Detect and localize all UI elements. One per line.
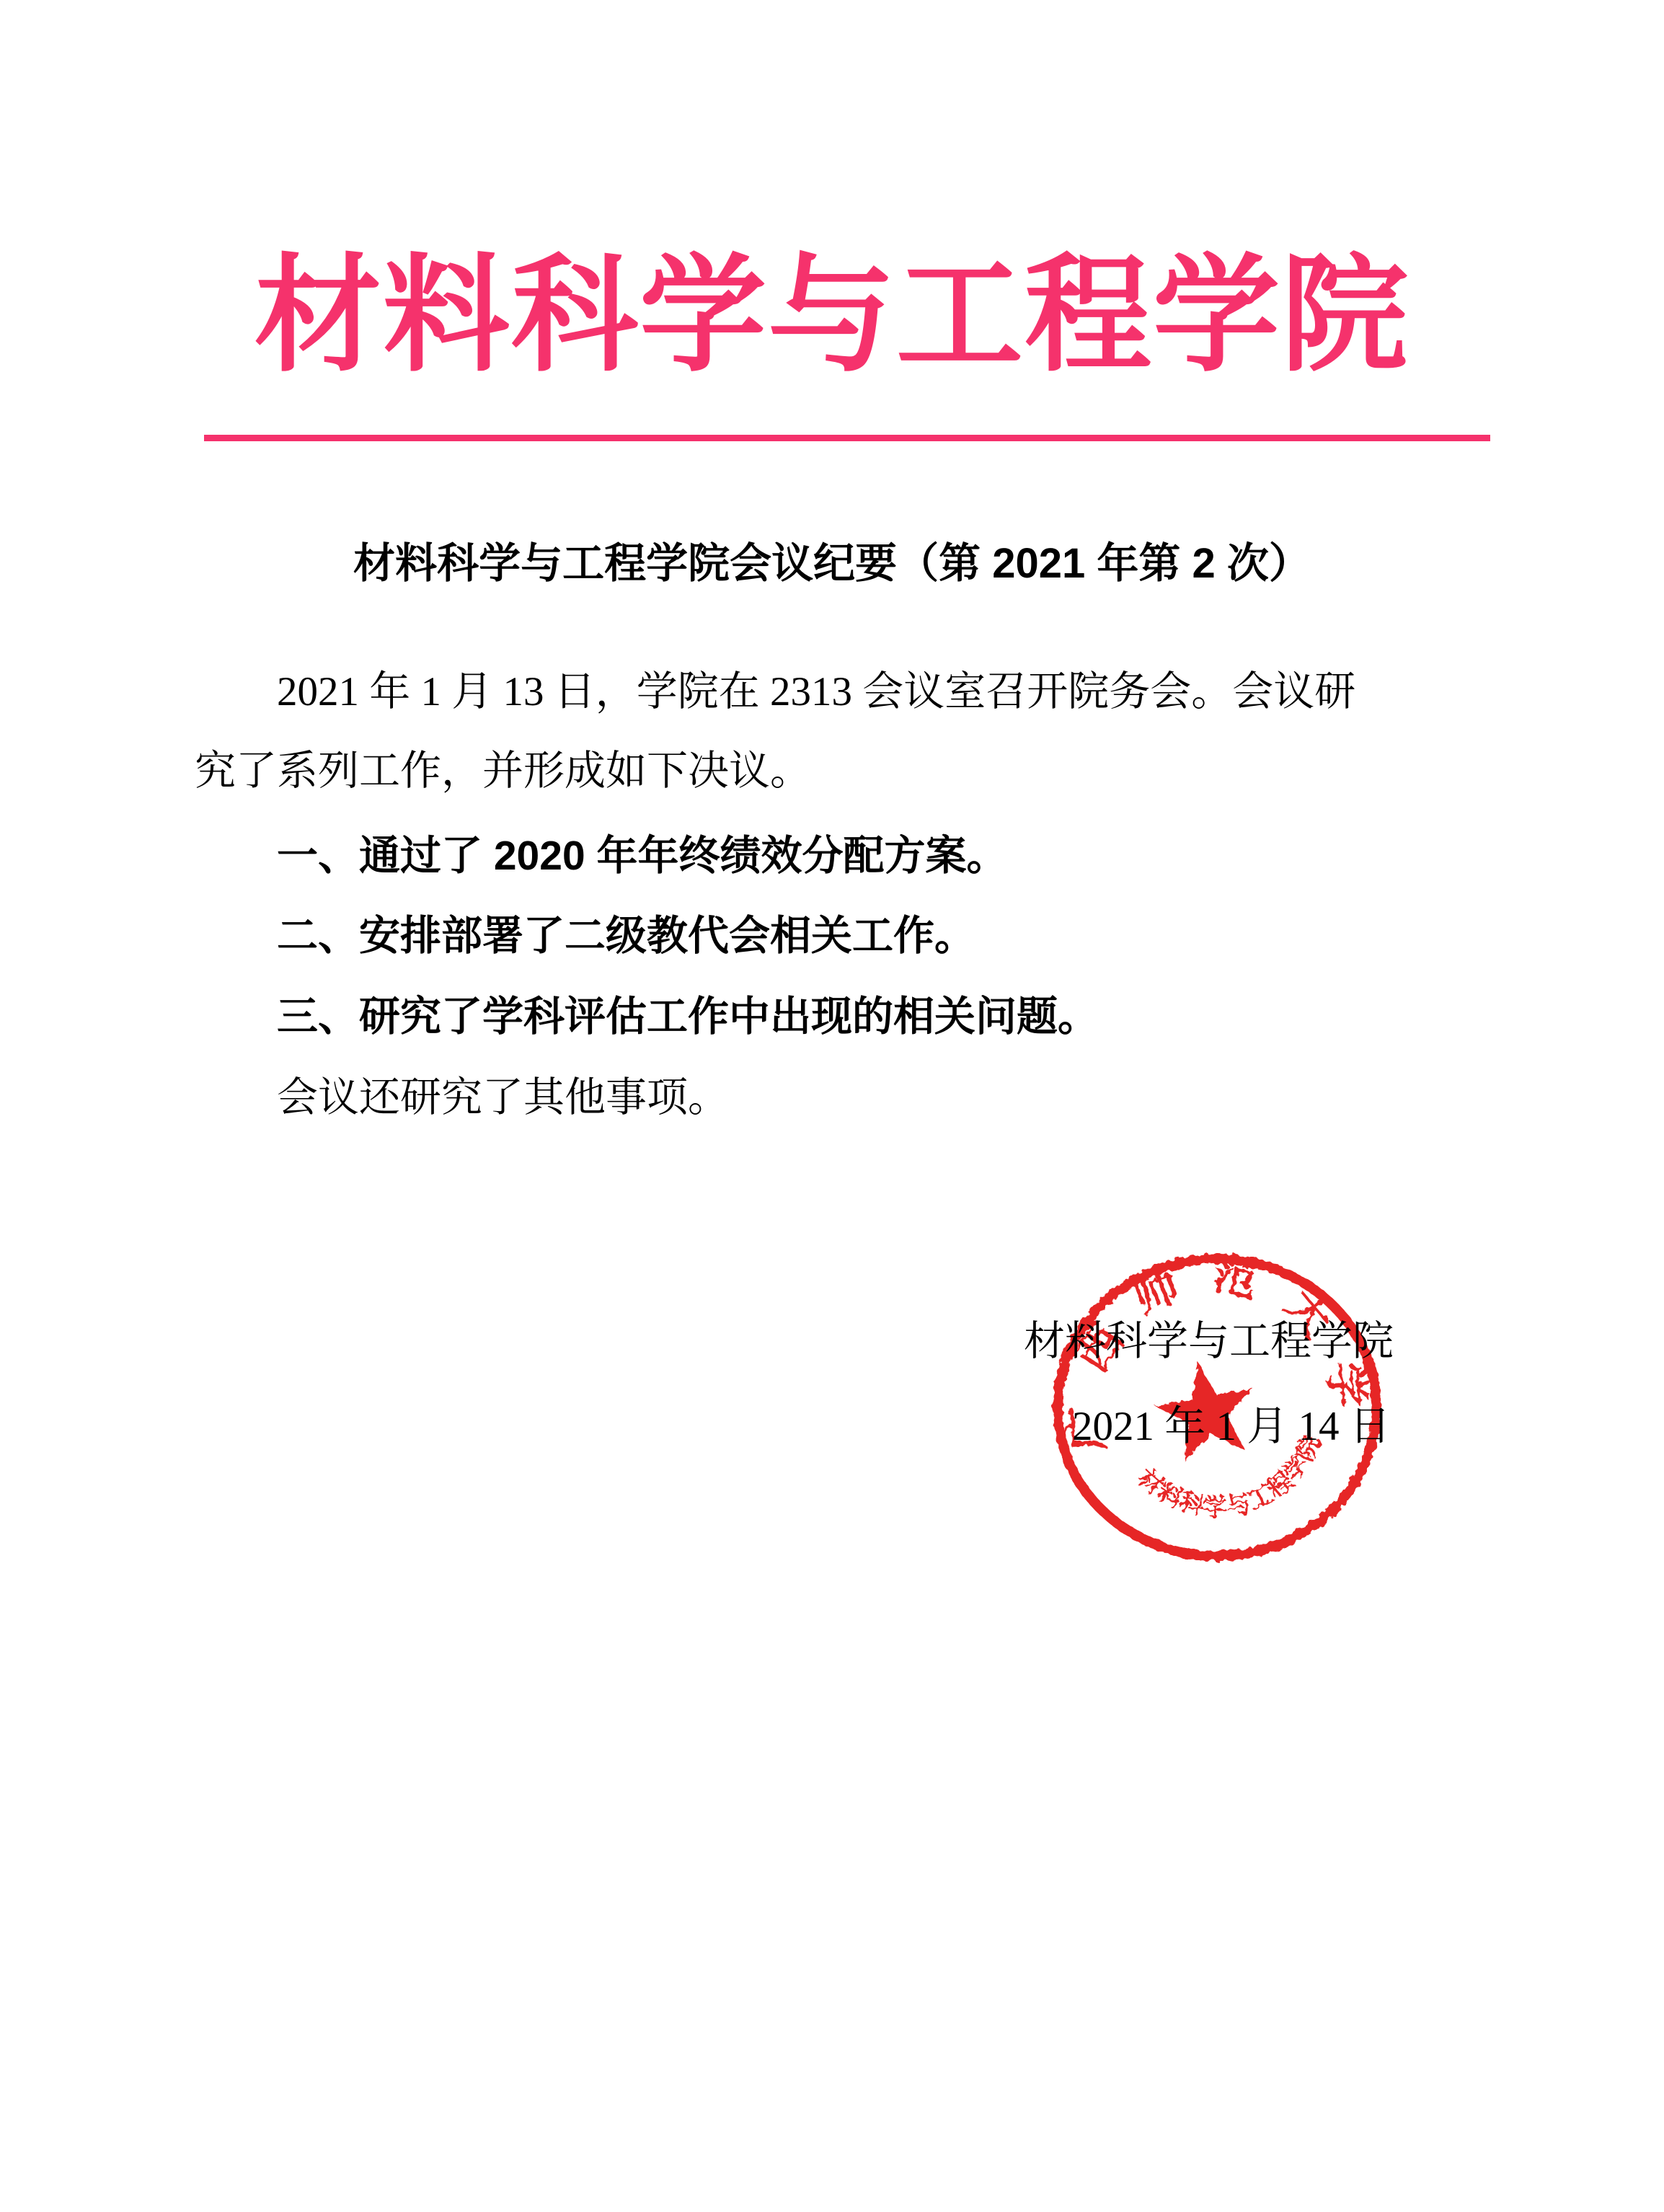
resolution-item-3: 三、研究了学科评估工作中出现的相关问题。 <box>277 994 1099 1041</box>
doc-title: 材料科学与工程学院会议纪要（第 2021 年第 2 次） <box>0 541 1664 587</box>
document-page: 材料科学与工程学院 材料科学与工程学院会议纪要（第 2021 年第 2 次） 2… <box>0 0 1664 2212</box>
closing-line: 会议还研究了其他事项。 <box>277 1074 729 1122</box>
paragraph-line-2: 究了系列工作，并形成如下决议。 <box>195 748 811 795</box>
stamp-top-arc-text: 广西师范大学 <box>1045 1247 1381 1486</box>
official-seal-stamp: 广西师范大学 材料科学与工程学院 <box>1045 1247 1389 1568</box>
paragraph-line-1: 2021 年 1 月 13 日，学院在 2313 会议室召开院务会。会议研 <box>277 668 1355 716</box>
letterhead-org-title: 材料科学与工程学院 <box>0 254 1664 381</box>
resolution-item-2: 二、安排部署了二级教代会相关工作。 <box>277 913 975 960</box>
star-icon <box>1149 1353 1264 1464</box>
letterhead-divider <box>204 435 1490 441</box>
resolution-item-1: 一、通过了 2020 年年终绩效分配方案。 <box>277 833 1007 880</box>
